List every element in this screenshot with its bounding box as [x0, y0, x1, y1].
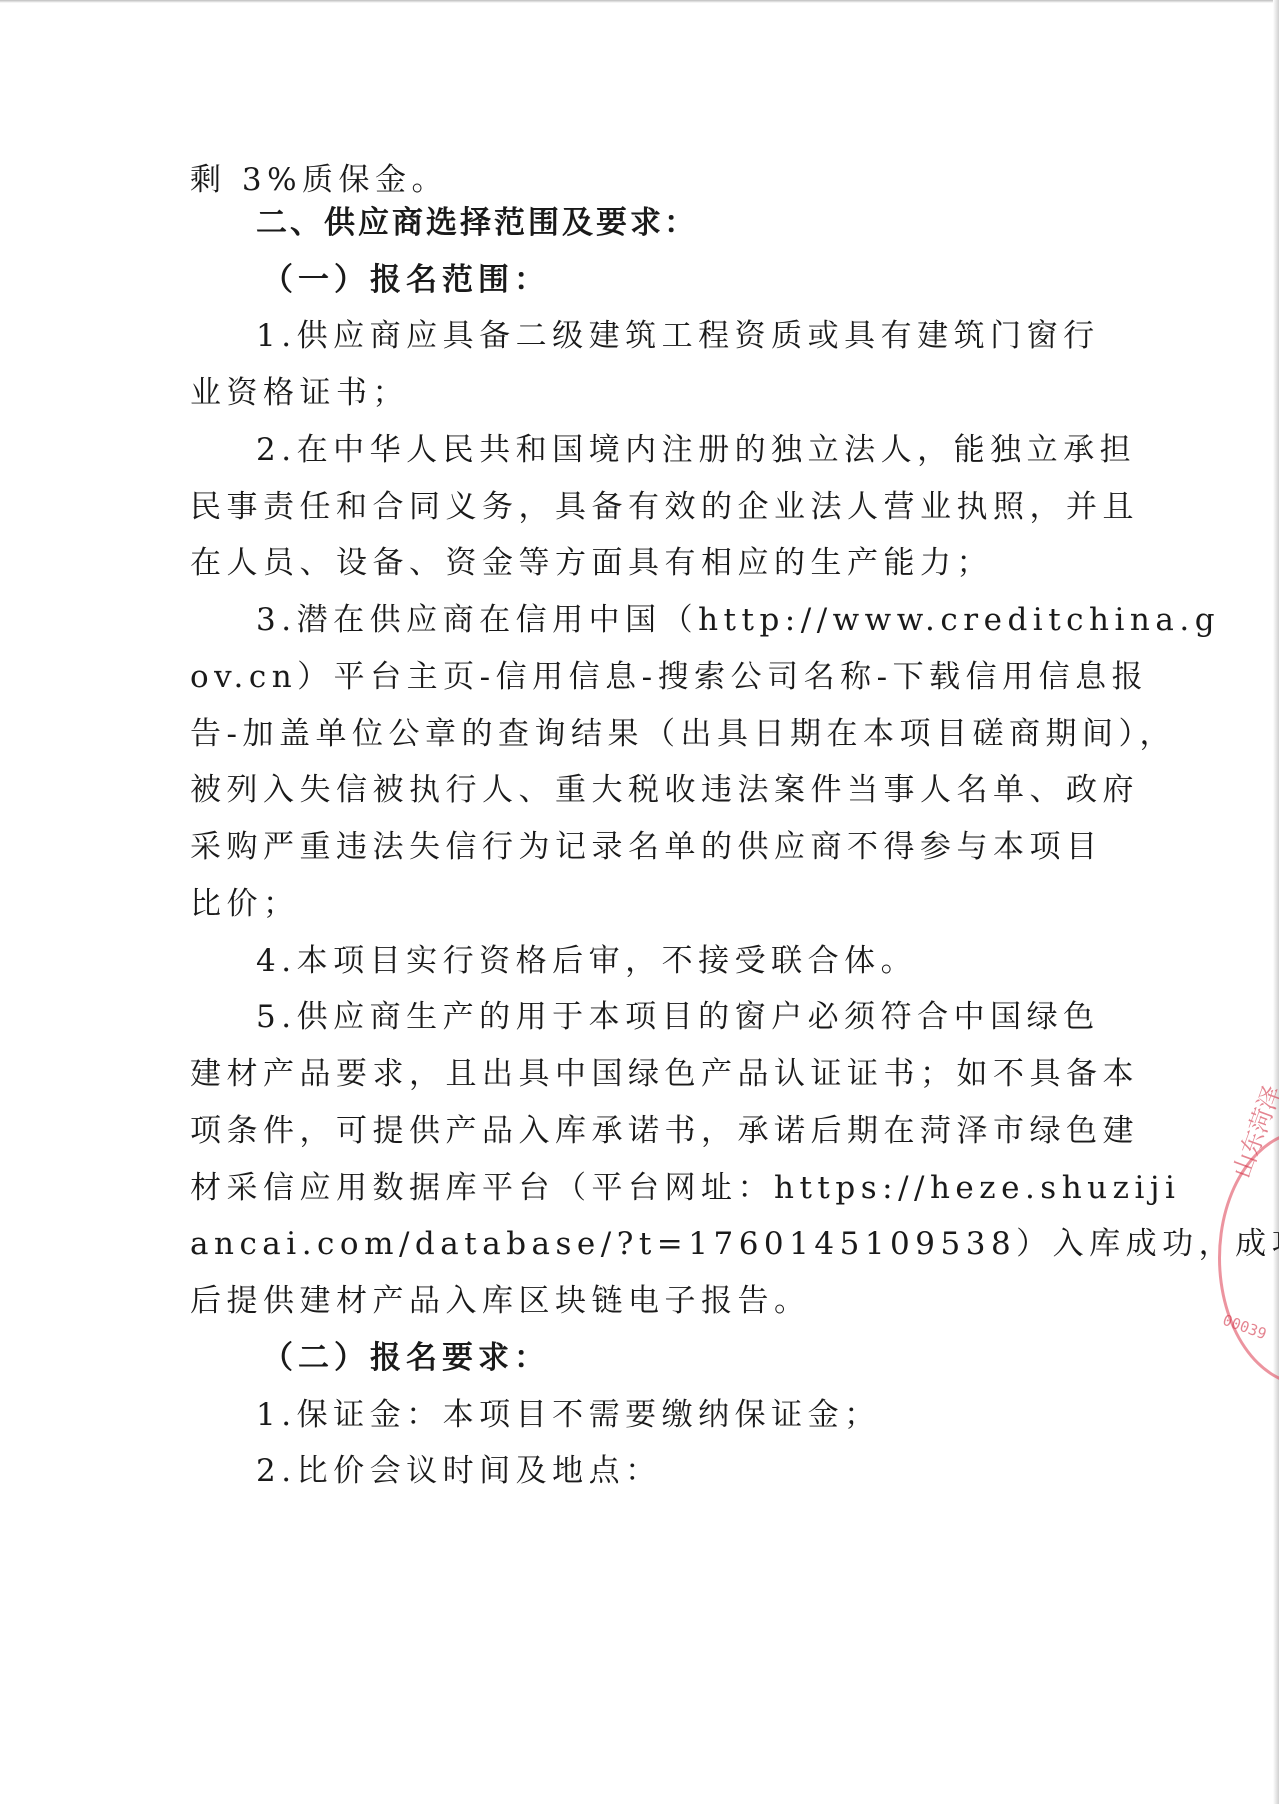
page-edge: [1273, 0, 1279, 1804]
paragraph-line: 民事责任和合同义务，具备有效的企业法人营业执照，并且: [190, 487, 1139, 527]
paragraph-line: 1.保证金：本项目不需要缴纳保证金；: [256, 1395, 881, 1435]
paragraph-line: 项条件，可提供产品入库承诺书，承诺后期在菏泽市绿色建: [190, 1111, 1139, 1151]
paragraph-line: 比价；: [190, 884, 300, 924]
paragraph-line: 告-加盖单位公章的查询结果（出具日期在本项目磋商期间），: [190, 714, 1176, 754]
paragraph-line: 采购严重违法失信行为记录名单的供应商不得参与本项目: [190, 827, 1103, 867]
paragraph-line: 材采信应用数据库平台（平台网址：https://heze.shuziji: [190, 1168, 1180, 1208]
paragraph-line: 2.在中华人民共和国境内注册的独立法人，能独立承担: [256, 430, 1136, 470]
page-edge: [0, 0, 1279, 3]
paragraph-line: 2.比价会议时间及地点：: [256, 1451, 662, 1491]
paragraph-line: ancai.com/database/?t=1760145109538）入库成功…: [190, 1224, 1279, 1264]
paragraph-line: 建材产品要求，且出具中国绿色产品认证证书；如不具备本: [190, 1054, 1139, 1094]
paragraph-line: 剩 3%质保金。: [190, 160, 448, 200]
paragraph-line: ov.cn）平台主页-信用信息-搜索公司名称-下载信用信息报: [190, 657, 1148, 697]
paragraph-line: 后提供建材产品入库区块链电子报告。: [190, 1281, 811, 1321]
subsection-heading: （一）报名范围：: [262, 260, 550, 300]
subsection-heading: （二）报名要求：: [262, 1338, 550, 1378]
section-heading: 二、供应商选择范围及要求：: [256, 203, 698, 243]
paragraph-line: 4.本项目实行资格后审，不接受联合体。: [256, 941, 917, 981]
paragraph-line: 3.潜在供应商在信用中国（http://www.creditchina.g: [256, 600, 1220, 640]
paragraph-line: 业资格证书；: [190, 373, 409, 413]
paragraph-line: 5.供应商生产的用于本项目的窗户必须符合中国绿色: [256, 997, 1100, 1037]
paragraph-line: 在人员、设备、资金等方面具有相应的生产能力；: [190, 543, 993, 583]
paragraph-line: 被列入失信被执行人、重大税收违法案件当事人名单、政府: [190, 770, 1139, 810]
paragraph-line: 1.供应商应具备二级建筑工程资质或具有建筑门窗行: [256, 316, 1100, 356]
